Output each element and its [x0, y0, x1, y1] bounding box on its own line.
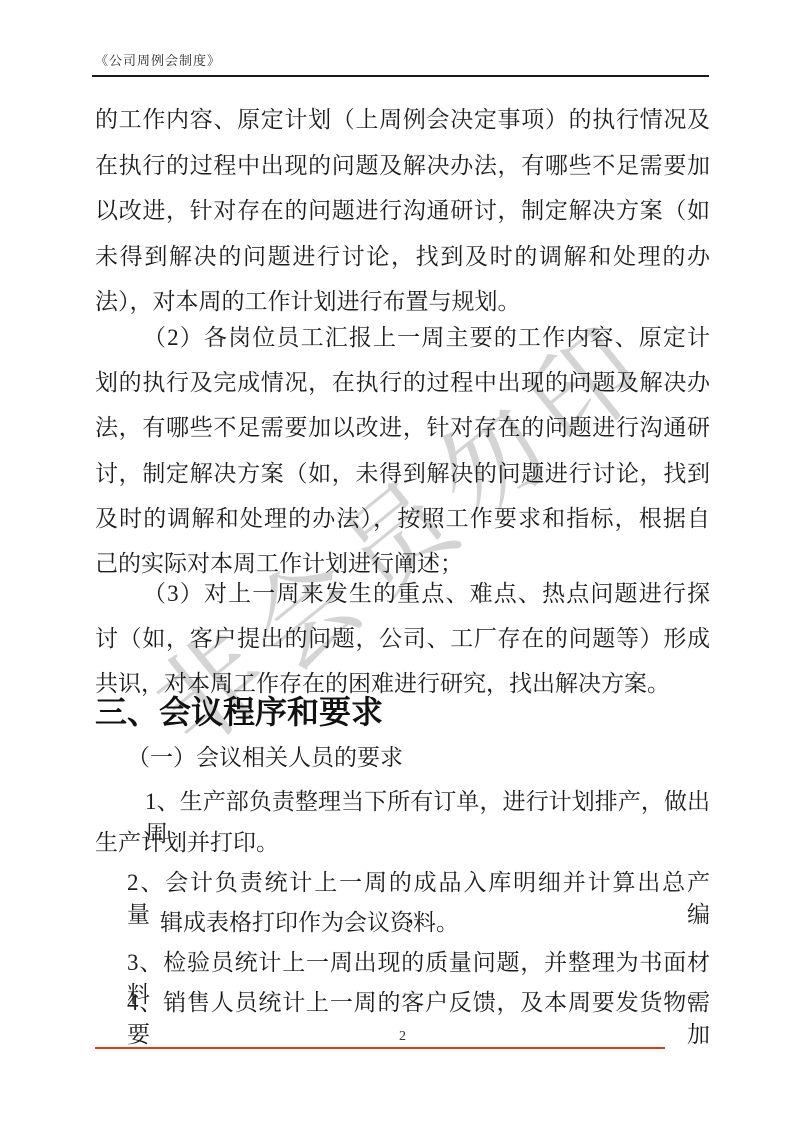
body-line: 法，有哪些不足需要加以改进，针对存在的问题进行沟通研 — [95, 412, 710, 444]
body-line: 的工作内容、原定计划（上周例会决定事项）的执行情况及 — [95, 104, 710, 136]
body-line: （一）会议相关人员的要求 — [95, 742, 710, 774]
body-line: 生产计划并打印。 — [95, 827, 710, 859]
body-line: 己的实际对本周工作计划进行阐述； — [95, 548, 710, 580]
section-heading: 三、会议程序和要求 — [95, 692, 710, 732]
body-line: 以改进，针对存在的问题进行沟通研讨，制定解决方案（如 — [95, 195, 710, 227]
body-line: （3）对上一周来发生的重点、难点、热点问题进行探 — [95, 578, 710, 610]
header-title: 《公司周例会制度》 — [95, 50, 221, 69]
body-line: 在执行的过程中出现的问题及解决办法，有哪些不足需要加 — [95, 150, 710, 182]
document-page: 《公司周例会制度》 非会员勿印 的工作内容、原定计划（上周例会决定事项）的执行情… — [0, 0, 800, 1131]
body-line: 讨（如，客户提出的问题，公司、工厂存在的问题等）形成 — [95, 623, 710, 655]
body-line: 讨，制定解决方案（如，未得到解决的问题进行讨论，找到 — [95, 458, 710, 490]
body-line: 法），对本周的工作计划进行布置与规划。 — [95, 286, 710, 318]
body-line: 及时的调解和处理的办法），按照工作要求和指标，根据自 — [95, 503, 710, 535]
body-line: 未得到解决的问题进行讨论，找到及时的调解和处理的办 — [95, 241, 710, 273]
header-rule — [92, 75, 709, 77]
body-line: 辑成表格打印作为会议资料。 — [95, 907, 710, 939]
footer-rule — [95, 1047, 665, 1049]
body-line: 划的执行及完成情况，在执行的过程中出现的问题及解决办 — [95, 367, 710, 399]
body-line: （2）各岗位员工汇报上一周主要的工作内容、原定计 — [95, 322, 710, 354]
page-number: 2 — [95, 1029, 710, 1045]
